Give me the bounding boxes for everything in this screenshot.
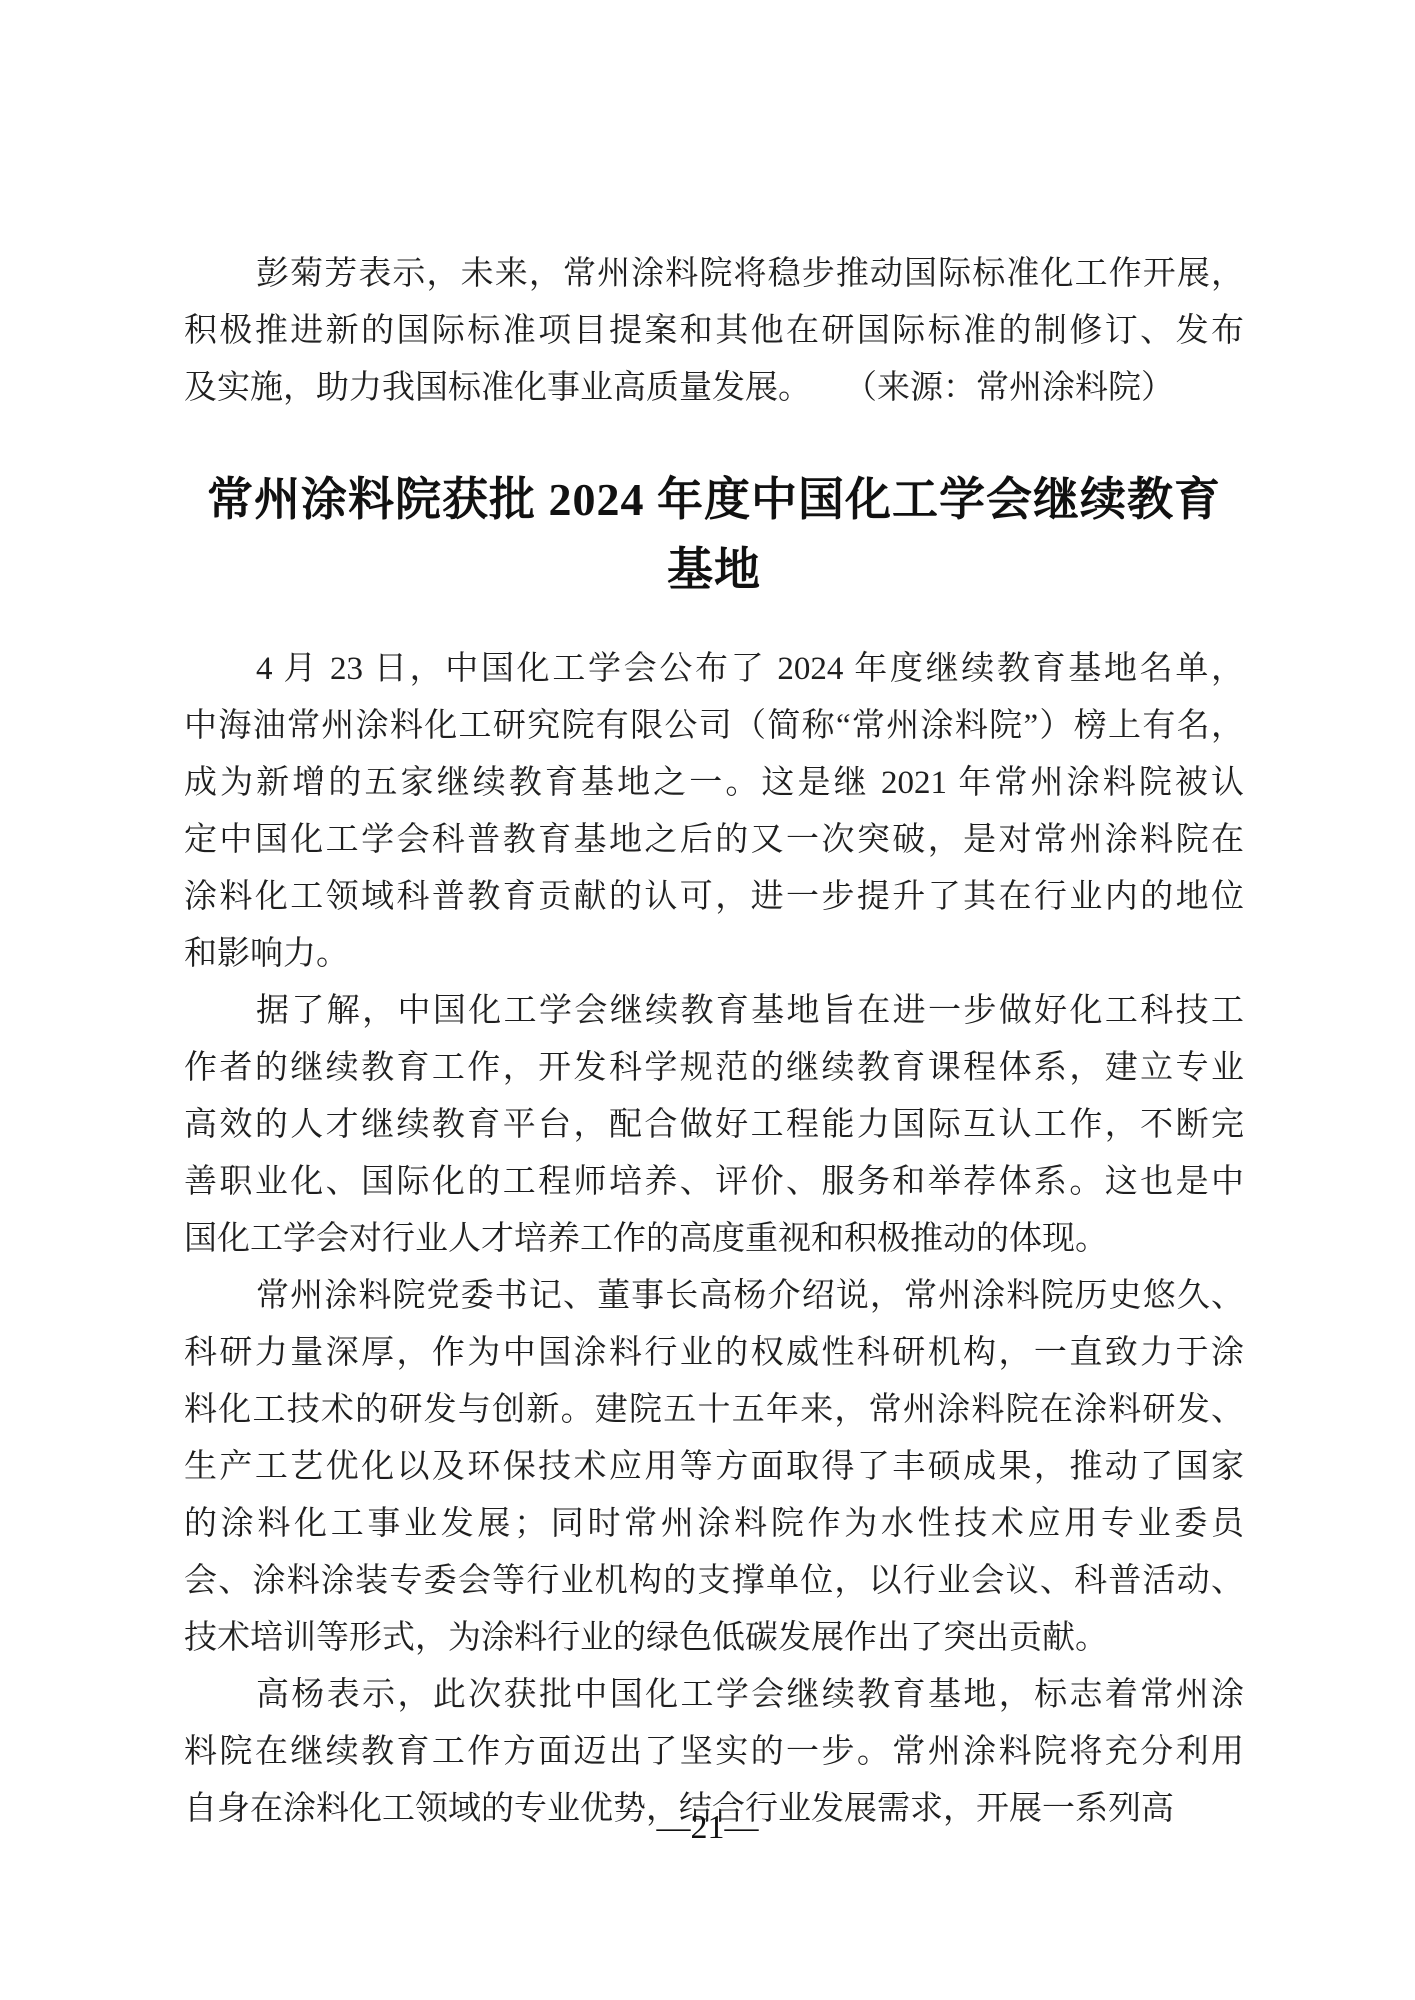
text-line: 料化工技术的研发与创新。建院五十五年来，常州涂料院在涂料研发、	[184, 1382, 1244, 1439]
text-line: 积极推进新的国际标准项目提案和其他在研国际标准的制修订、发布	[184, 303, 1244, 360]
page-number: —21—	[0, 1808, 1415, 1848]
text-line: 成为新增的五家继续教育基地之一。这是继 2021 年常州涂料院被认	[184, 755, 1244, 812]
article-paragraph-2: 据了解，中国化工学会继续教育基地旨在进一步做好化工科技工作者的继续教育工作，开发…	[184, 983, 1244, 1268]
text-line: 涂料化工领域科普教育贡献的认可，进一步提升了其在行业内的地位	[184, 869, 1244, 926]
text-line: 及实施，助力我国标准化事业高质量发展。 （来源：常州涂料院）	[184, 360, 1244, 417]
text-line: 科研力量深厚，作为中国涂料行业的权威性科研机构，一直致力于涂	[184, 1325, 1244, 1382]
text-line: 善职业化、国际化的工程师培养、评价、服务和举荐体系。这也是中	[184, 1154, 1244, 1211]
text-line: 作者的继续教育工作，开发科学规范的继续教育课程体系，建立专业	[184, 1040, 1244, 1097]
document-body: 彭菊芳表示，未来，常州涂料院将稳步推动国际标准化工作开展，积极推进新的国际标准项…	[184, 246, 1244, 1838]
text-line: 中海油常州涂料化工研究院有限公司（简称“常州涂料院”）榜上有名，	[184, 698, 1244, 755]
text-line: 常州涂料院党委书记、董事长高杨介绍说，常州涂料院历史悠久、	[184, 1268, 1244, 1325]
text-line: 4 月 23 日，中国化工学会公布了 2024 年度继续教育基地名单，	[184, 641, 1244, 698]
text-line: 生产工艺优化以及环保技术应用等方面取得了丰硕成果，推动了国家	[184, 1439, 1244, 1496]
text-line: 国化工学会对行业人才培养工作的高度重视和积极推动的体现。	[184, 1211, 1244, 1268]
text-line: 高效的人才继续教育平台，配合做好工程能力国际互认工作，不断完	[184, 1097, 1244, 1154]
article-paragraph-1: 4 月 23 日，中国化工学会公布了 2024 年度继续教育基地名单，中海油常州…	[184, 641, 1244, 983]
closing-paragraph: 彭菊芳表示，未来，常州涂料院将稳步推动国际标准化工作开展，积极推进新的国际标准项…	[184, 246, 1244, 417]
text-line: 料院在继续教育工作方面迈出了坚实的一步。常州涂料院将充分利用	[184, 1724, 1244, 1781]
text-line: 据了解，中国化工学会继续教育基地旨在进一步做好化工科技工	[184, 983, 1244, 1040]
article-title: 常州涂料院获批 2024 年度中国化工学会继续教育基地	[184, 465, 1244, 605]
text-line: 定中国化工学会科普教育基地之后的又一次突破，是对常州涂料院在	[184, 812, 1244, 869]
text-line: 会、涂料涂装专委会等行业机构的支撑单位，以行业会议、科普活动、	[184, 1553, 1244, 1610]
text-line: 和影响力。	[184, 926, 1244, 983]
text-line: 的涂料化工事业发展；同时常州涂料院作为水性技术应用专业委员	[184, 1496, 1244, 1553]
text-line: 高杨表示，此次获批中国化工学会继续教育基地，标志着常州涂	[184, 1667, 1244, 1724]
text-line: 彭菊芳表示，未来，常州涂料院将稳步推动国际标准化工作开展，	[184, 246, 1244, 303]
article-paragraph-3: 常州涂料院党委书记、董事长高杨介绍说，常州涂料院历史悠久、科研力量深厚，作为中国…	[184, 1268, 1244, 1667]
text-line: 技术培训等形式，为涂料行业的绿色低碳发展作出了突出贡献。	[184, 1610, 1244, 1667]
document-page: 彭菊芳表示，未来，常州涂料院将稳步推动国际标准化工作开展，积极推进新的国际标准项…	[0, 0, 1415, 2000]
